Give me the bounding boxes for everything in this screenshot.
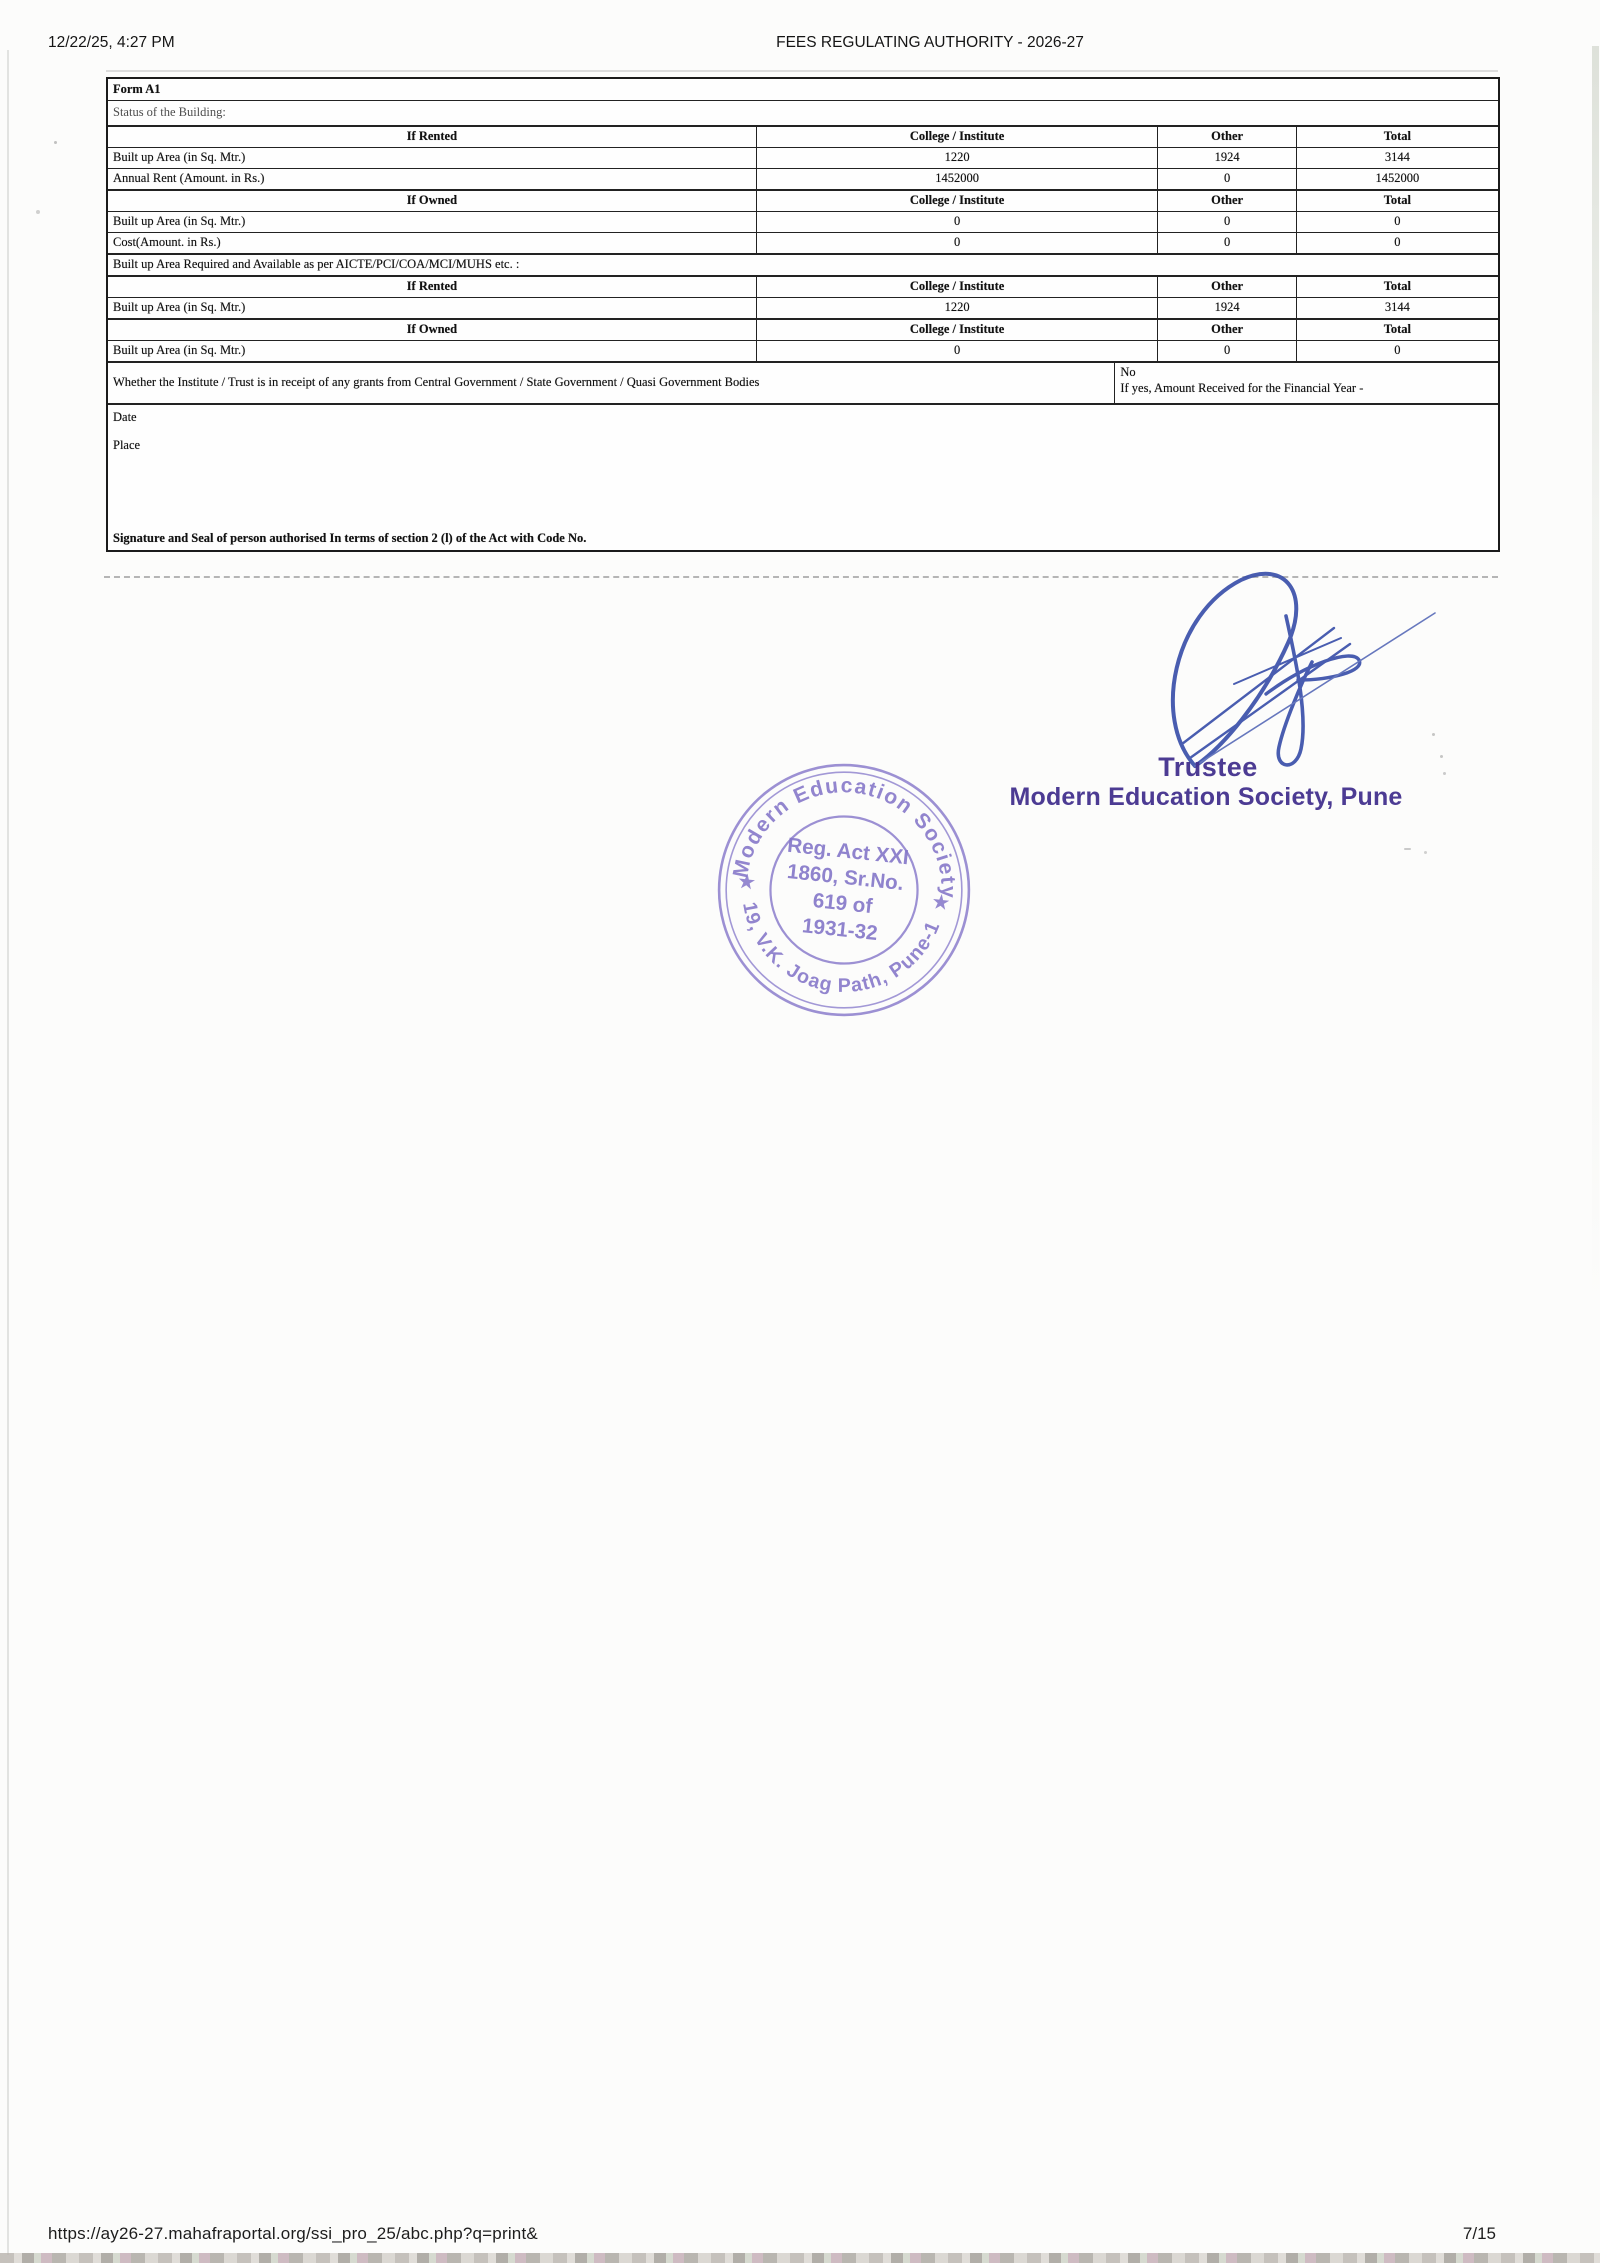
column-header: Total [1296,320,1498,340]
print-title: FEES REGULATING AUTHORITY - 2026-27 [776,34,1084,52]
scan-edge-artifact-right [1592,46,1599,1306]
cell-value: 0 [756,341,1158,361]
form-a1-table: Form A1 Status of the Building: If Rente… [106,77,1500,552]
cell-value: 0 [1157,169,1295,189]
cell-value: 0 [756,212,1158,232]
cell-value: 1924 [1157,298,1295,318]
scanned-print-page: 12/22/25, 4:27 PM FEES REGULATING AUTHOR… [0,0,1600,2263]
grants-answer: No [1120,365,1135,381]
scan-noise-band [0,2253,1600,2263]
column-header: College / Institute [756,127,1158,147]
column-header: Total [1296,277,1498,297]
form-title: Form A1 [108,79,1498,100]
table-row: Built up Area (in Sq. Mtr.) 0 0 0 [108,211,1498,232]
table-header-row: If Owned College / Institute Other Total [108,189,1498,211]
column-header: Other [1157,191,1295,211]
table-row: Annual Rent (Amount. in Rs.) 1452000 0 1… [108,168,1498,189]
column-header: Other [1157,277,1295,297]
grants-row: Whether the Institute / Trust is in rece… [108,361,1498,403]
scan-speck [1404,848,1411,850]
column-header: Total [1296,191,1498,211]
footer-url: https://ay26-27.mahafraportal.org/ssi_pr… [48,2224,538,2243]
page-indicator: 7/15 [1463,2224,1496,2243]
row-label: Built up Area (in Sq. Mtr.) [108,298,756,318]
table-row: Status of the Building: [108,100,1498,125]
cell-value: 1452000 [756,169,1158,189]
place-label: Place [113,438,140,454]
table-header-row: If Rented College / Institute Other Tota… [108,125,1498,147]
table-row: Built up Area (in Sq. Mtr.) 0 0 0 [108,340,1498,361]
grants-answer-cell: No If yes, Amount Received for the Finan… [1114,363,1498,403]
column-header: Other [1157,127,1295,147]
cell-value: 0 [1157,233,1295,253]
column-header: If Rented [108,127,756,147]
scan-edge-artifact-left [7,50,9,2255]
column-header: College / Institute [756,191,1158,211]
grants-question: Whether the Institute / Trust is in rece… [108,363,1114,403]
cell-value: 3144 [1296,148,1498,168]
column-header: Total [1296,127,1498,147]
row-label: Built up Area (in Sq. Mtr.) [108,148,756,168]
print-datetime: 12/22/25, 4:27 PM [48,34,175,52]
table-row: Built up Area (in Sq. Mtr.) 1220 1924 31… [108,297,1498,318]
cell-value: 0 [1157,212,1295,232]
column-header: If Owned [108,191,756,211]
cell-value: 0 [756,233,1158,253]
round-stamp: Modern Education Society 19, V.K. Joag P… [689,734,999,1046]
table-row: Built up Area (in Sq. Mtr.) 1220 1924 31… [108,147,1498,168]
grants-if-yes-note: If yes, Amount Received for the Financia… [1120,381,1363,397]
row-label: Annual Rent (Amount. in Rs.) [108,169,756,189]
cell-value: 3144 [1296,298,1498,318]
column-header: College / Institute [756,277,1158,297]
cell-value: 1220 [756,298,1158,318]
scan-speck [1424,851,1427,854]
table-row: Cost(Amount. in Rs.) 0 0 0 [108,232,1498,253]
svg-text:619 of: 619 of [812,889,874,918]
scan-speck [1443,772,1446,775]
date-label: Date [113,410,137,426]
stamp-center-text: Reg. Act XXI 1860, Sr.No. 619 of 1931-32 [778,834,910,948]
column-header: If Rented [108,277,756,297]
cell-value: 0 [1157,341,1295,361]
row-label: Built up Area (in Sq. Mtr.) [108,212,756,232]
svg-text:1931-32: 1931-32 [801,914,879,945]
stamp-star-left-icon: ★ [736,870,757,895]
aicte-heading: Built up Area Required and Available as … [108,255,1498,275]
closing-cell: Date Place Signature and Seal of person … [108,405,1498,550]
column-header: If Owned [108,320,756,340]
status-heading: Status of the Building: [108,101,1498,125]
table-header-row: If Owned College / Institute Other Total [108,318,1498,340]
trustee-designation-stamp: Trustee [1105,752,1311,783]
column-header: Other [1157,320,1295,340]
cell-value: 0 [1296,212,1498,232]
scan-speck [54,141,57,144]
scan-speck [36,210,40,214]
column-header: College / Institute [756,320,1158,340]
cell-value: 1220 [756,148,1158,168]
signature-note: Signature and Seal of person authorised … [113,531,586,547]
cell-value: 1452000 [1296,169,1498,189]
cell-value: 1924 [1157,148,1295,168]
scan-ghost-line [106,70,1498,72]
table-row: Built up Area Required and Available as … [108,253,1498,275]
organization-stamp: Modern Education Society, Pune [988,783,1424,812]
cell-value: 0 [1296,233,1498,253]
row-label: Built up Area (in Sq. Mtr.) [108,341,756,361]
closing-row: Date Place Signature and Seal of person … [108,403,1498,550]
row-label: Cost(Amount. in Rs.) [108,233,756,253]
stamp-star-right-icon: ★ [930,890,951,915]
print-footer: https://ay26-27.mahafraportal.org/ssi_pr… [0,2224,1600,2244]
table-row: Form A1 [108,79,1498,100]
cell-value: 0 [1296,341,1498,361]
scan-speck [1440,755,1443,758]
table-header-row: If Rented College / Institute Other Tota… [108,275,1498,297]
